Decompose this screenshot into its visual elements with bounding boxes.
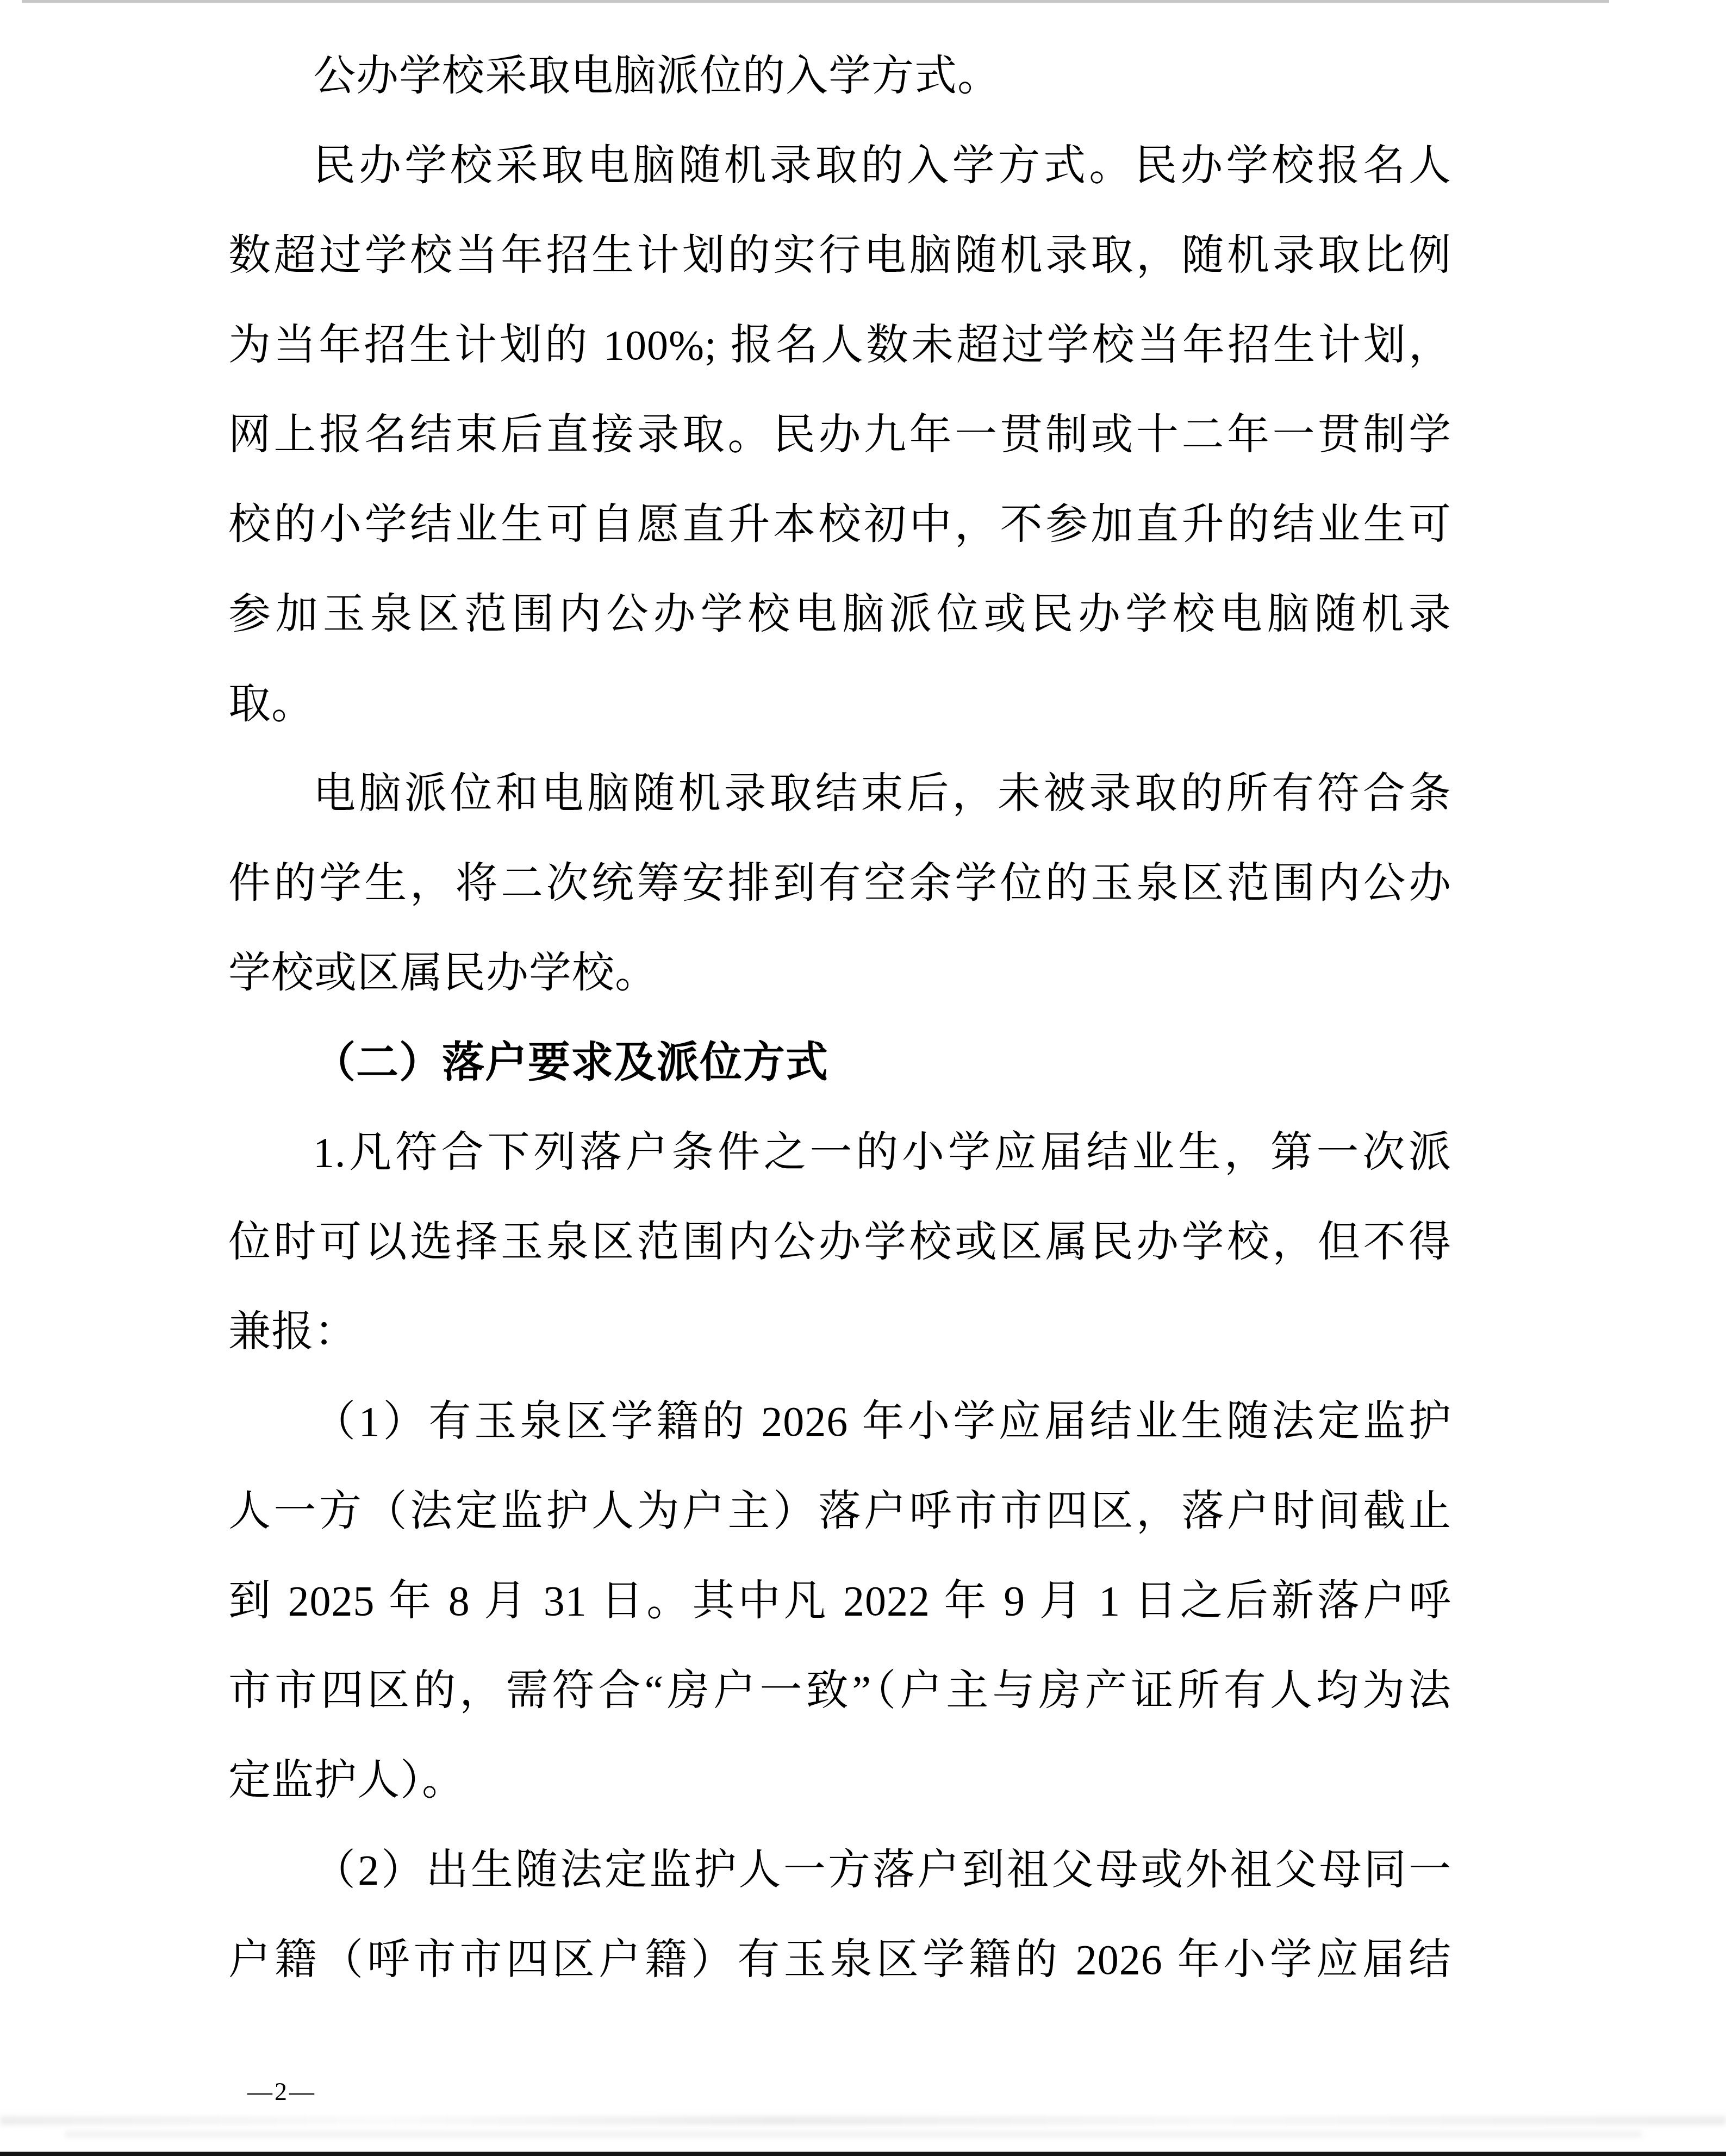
text-line: 公办学校采取电脑派位的入学方式。 xyxy=(228,31,1451,121)
text-line: 1.凡符合下列落户条件之一的小学应届结业生，第一次派 xyxy=(228,1107,1451,1197)
section-heading: （二）落户要求及派位方式 xyxy=(228,1018,1451,1107)
scan-smudge xyxy=(65,2131,1642,2138)
text-line: 民办学校采取电脑随机录取的入学方式。民办学校报名人 xyxy=(228,121,1451,210)
text-line: 市市四区的，需符合“房户一致”（户主与房产证所有人均为法 xyxy=(228,1646,1451,1735)
text-line: 位时可以选择玉泉区范围内公办学校或区属民办学校，但不得 xyxy=(228,1197,1451,1287)
text-line: （2）出生随法定监护人一方落户到祖父母或外祖父母同一 xyxy=(228,1825,1451,1915)
document-page: 公办学校采取电脑派位的入学方式。民办学校采取电脑随机录取的入学方式。民办学校报名… xyxy=(0,0,1726,2156)
scan-artifact-top-edge xyxy=(22,0,1609,3)
scan-artifact-bottom-edge xyxy=(0,2152,1726,2156)
text-line: 参加玉泉区范围内公办学校电脑派位或民办学校电脑随机录 xyxy=(228,569,1451,659)
text-line: 电脑派位和电脑随机录取结束后，未被录取的所有符合条 xyxy=(228,749,1451,838)
text-line: 到 2025 年 8 月 31 日。其中凡 2022 年 9 月 1 日之后新落… xyxy=(228,1556,1451,1646)
text-line: 定监护人）。 xyxy=(228,1735,1451,1825)
text-line: 取。 xyxy=(228,659,1451,749)
text-line: 学校或区属民办学校。 xyxy=(228,928,1451,1018)
text-line: （1）有玉泉区学籍的 2026 年小学应届结业生随法定监护 xyxy=(228,1376,1451,1466)
text-line: 户籍（呼市市四区户籍）有玉泉区学籍的 2026 年小学应届结 xyxy=(228,1915,1451,2004)
text-line: 兼报： xyxy=(228,1287,1451,1376)
page-number: —2— xyxy=(247,2076,316,2108)
document-body: 公办学校采取电脑派位的入学方式。民办学校采取电脑随机录取的入学方式。民办学校报名… xyxy=(228,31,1451,2004)
scan-smudge xyxy=(0,2116,1726,2125)
text-line: 件的学生，将二次统筹安排到有空余学位的玉泉区范围内公办 xyxy=(228,838,1451,928)
text-line: 数超过学校当年招生计划的实行电脑随机录取，随机录取比例 xyxy=(228,210,1451,300)
text-line: 校的小学结业生可自愿直升本校初中，不参加直升的结业生可 xyxy=(228,479,1451,569)
text-line: 人一方（法定监护人为户主）落户呼市市四区，落户时间截止 xyxy=(228,1466,1451,1556)
text-line: 网上报名结束后直接录取。民办九年一贯制或十二年一贯制学 xyxy=(228,390,1451,479)
text-line: 为当年招生计划的 100%; 报名人数未超过学校当年招生计划， xyxy=(228,300,1451,390)
